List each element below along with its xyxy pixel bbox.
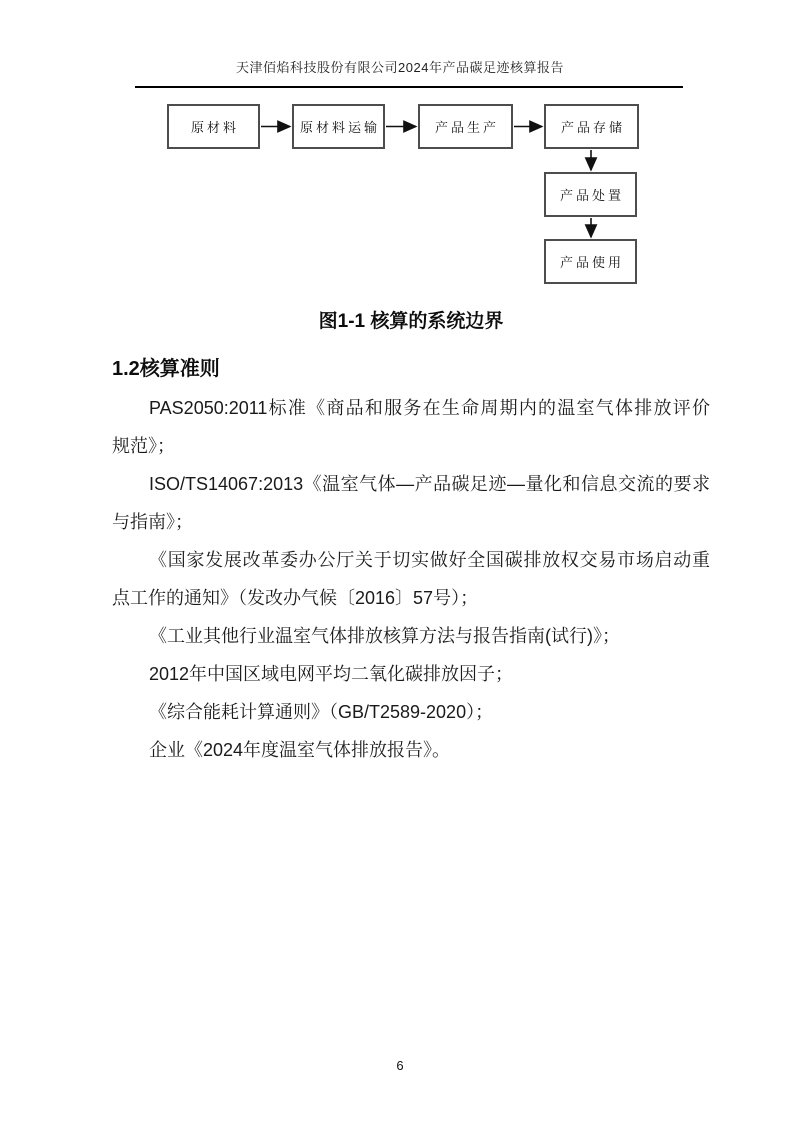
header-divider (135, 86, 683, 88)
paragraph: PAS2050:2011标准《商品和服务在生命周期内的温室气体排放评价 规范》； (112, 389, 710, 465)
paragraph: 2012年中国区域电网平均二氧化碳排放因子； (112, 655, 710, 693)
paragraph-line: 《工业其他行业温室气体排放核算方法与报告指南(试行)》； (112, 617, 710, 655)
section-heading: 1.2核算准则 (112, 357, 710, 381)
paragraph-line: 点工作的通知》（发改办气候〔2016〕57号）； (112, 579, 710, 617)
page-body: 图1-1 核算的系统边界 1.2核算准则 PAS2050:2011标准《商品和服… (112, 310, 710, 769)
paragraph: 企业《2024年度温室气体排放报告》。 (112, 731, 710, 769)
paragraph: 《综合能耗计算通则》（GB/T2589-2020）； (112, 693, 710, 731)
paragraph-line: 《综合能耗计算通则》（GB/T2589-2020）； (112, 693, 710, 731)
paragraph-line: 企业《2024年度温室气体排放报告》。 (112, 731, 710, 769)
paragraph-line: 规范》； (112, 427, 710, 465)
flowchart-arrows (0, 95, 800, 295)
flow-node-product-disposal: 产品处置 (544, 172, 637, 217)
paragraph-line: ISO/TS14067:2013《温室气体—产品碳足迹—量化和信息交流的要求 (112, 465, 710, 503)
paragraph: 《国家发展改革委办公厅关于切实做好全国碳排放权交易市场启动重 点工作的通知》（发… (112, 541, 710, 617)
flow-node-product-storage: 产品存储 (544, 104, 639, 149)
paragraph-line: PAS2050:2011标准《商品和服务在生命周期内的温室气体排放评价 (112, 389, 710, 427)
paragraph: 《工业其他行业温室气体排放核算方法与报告指南(试行)》； (112, 617, 710, 655)
paragraph-line: 与指南》； (112, 503, 710, 541)
figure-caption: 图1-1 核算的系统边界 (112, 310, 710, 334)
page-number: 6 (0, 1058, 800, 1073)
flow-node-raw-material-transport: 原材料运输 (292, 104, 385, 149)
paragraph: ISO/TS14067:2013《温室气体—产品碳足迹—量化和信息交流的要求 与… (112, 465, 710, 541)
paragraph-line: 2012年中国区域电网平均二氧化碳排放因子； (112, 655, 710, 693)
system-boundary-flowchart: 原材料 原材料运输 产品生产 产品存储 产品处置 产品使用 (0, 95, 800, 295)
section-paragraphs: PAS2050:2011标准《商品和服务在生命周期内的温室气体排放评价 规范》；… (112, 389, 710, 769)
flow-node-product-use: 产品使用 (544, 239, 637, 284)
page-header-title: 天津佰焰科技股份有限公司2024年产品碳足迹核算报告 (0, 57, 800, 76)
document-page: 天津佰焰科技股份有限公司2024年产品碳足迹核算报告 原材料 原材料运输 产品生… (0, 0, 800, 1130)
flow-node-raw-material: 原材料 (167, 104, 260, 149)
paragraph-line: 《国家发展改革委办公厅关于切实做好全国碳排放权交易市场启动重 (112, 541, 710, 579)
flow-node-product-production: 产品生产 (418, 104, 513, 149)
